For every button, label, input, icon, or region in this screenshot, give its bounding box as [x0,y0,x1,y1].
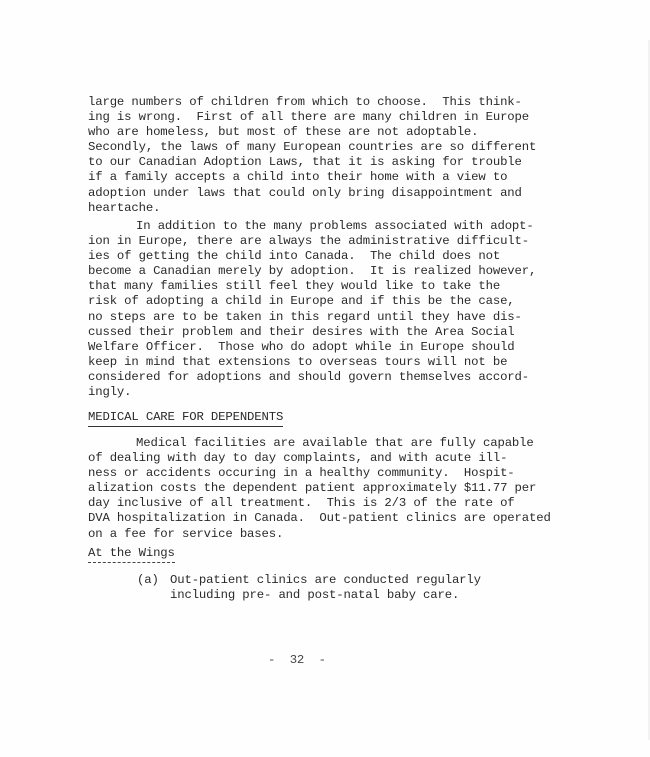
list-item-text: Out-patient clinics are conducted regula… [170,573,500,602]
text-line: ing is wrong. First of all there are man… [88,110,528,125]
paragraph-adoption-europe: In addition to the many problems associa… [88,219,528,400]
text-line: In addition to the many problems associa… [88,219,528,234]
text-line: ies of getting the child into Canada. Th… [88,249,528,264]
text-line: ingly. [88,385,528,400]
text-line: heartache. [88,201,528,216]
text-line: of dealing with day to day complaints, a… [88,451,528,466]
list-item-label: (a) [137,573,159,588]
text-line: become a Canadian merely by adoption. It… [88,264,528,279]
paragraph-adoption-laws: large numbers of children from which to … [88,95,528,216]
text-line: ion in Europe, there are always the admi… [88,234,528,249]
text-line: that many families still feel they would… [88,279,528,294]
text-line: who are homeless, but most of these are … [88,125,528,140]
text-line: to our Canadian Adoption Laws, that it i… [88,155,528,170]
text-line: if a family accepts a child into their h… [88,170,528,185]
page-number: - 32 - [268,653,326,668]
text-line: cussed their problem and their desires w… [88,325,528,340]
text-line: on a fee for service bases. [88,527,528,542]
text-line: large numbers of children from which to … [88,95,528,110]
text-line: considered for adoptions and should gove… [88,370,528,385]
text-line: alization costs the dependent patient ap… [88,481,528,496]
section-heading-medical-care: MEDICAL CARE FOR DEPENDENTS [88,410,283,427]
text-line: risk of adopting a child in Europe and i… [88,294,528,309]
text-line: Out-patient clinics are conducted regula… [170,573,500,588]
text-line: Welfare Officer. Those who do adopt whil… [88,340,528,355]
text-line: day inclusive of all treatment. This is … [88,496,528,511]
text-line: DVA hospitalization in Canada. Out-patie… [88,511,528,526]
text-line: adoption under laws that could only brin… [88,186,528,201]
text-line: keep in mind that extensions to overseas… [88,355,528,370]
subheading-at-the-wings: At the Wings [88,546,175,563]
text-line: Secondly, the laws of many European coun… [88,140,528,155]
text-line: including pre- and post-natal baby care. [170,588,500,603]
text-line: Medical facilities are available that ar… [88,436,528,451]
document-page: large numbers of children from which to … [0,0,650,757]
text-line: ness or accidents occuring in a healthy … [88,466,528,481]
paragraph-medical-facilities: Medical facilities are available that ar… [88,436,528,542]
text-line: no steps are to be taken in this regard … [88,310,528,325]
